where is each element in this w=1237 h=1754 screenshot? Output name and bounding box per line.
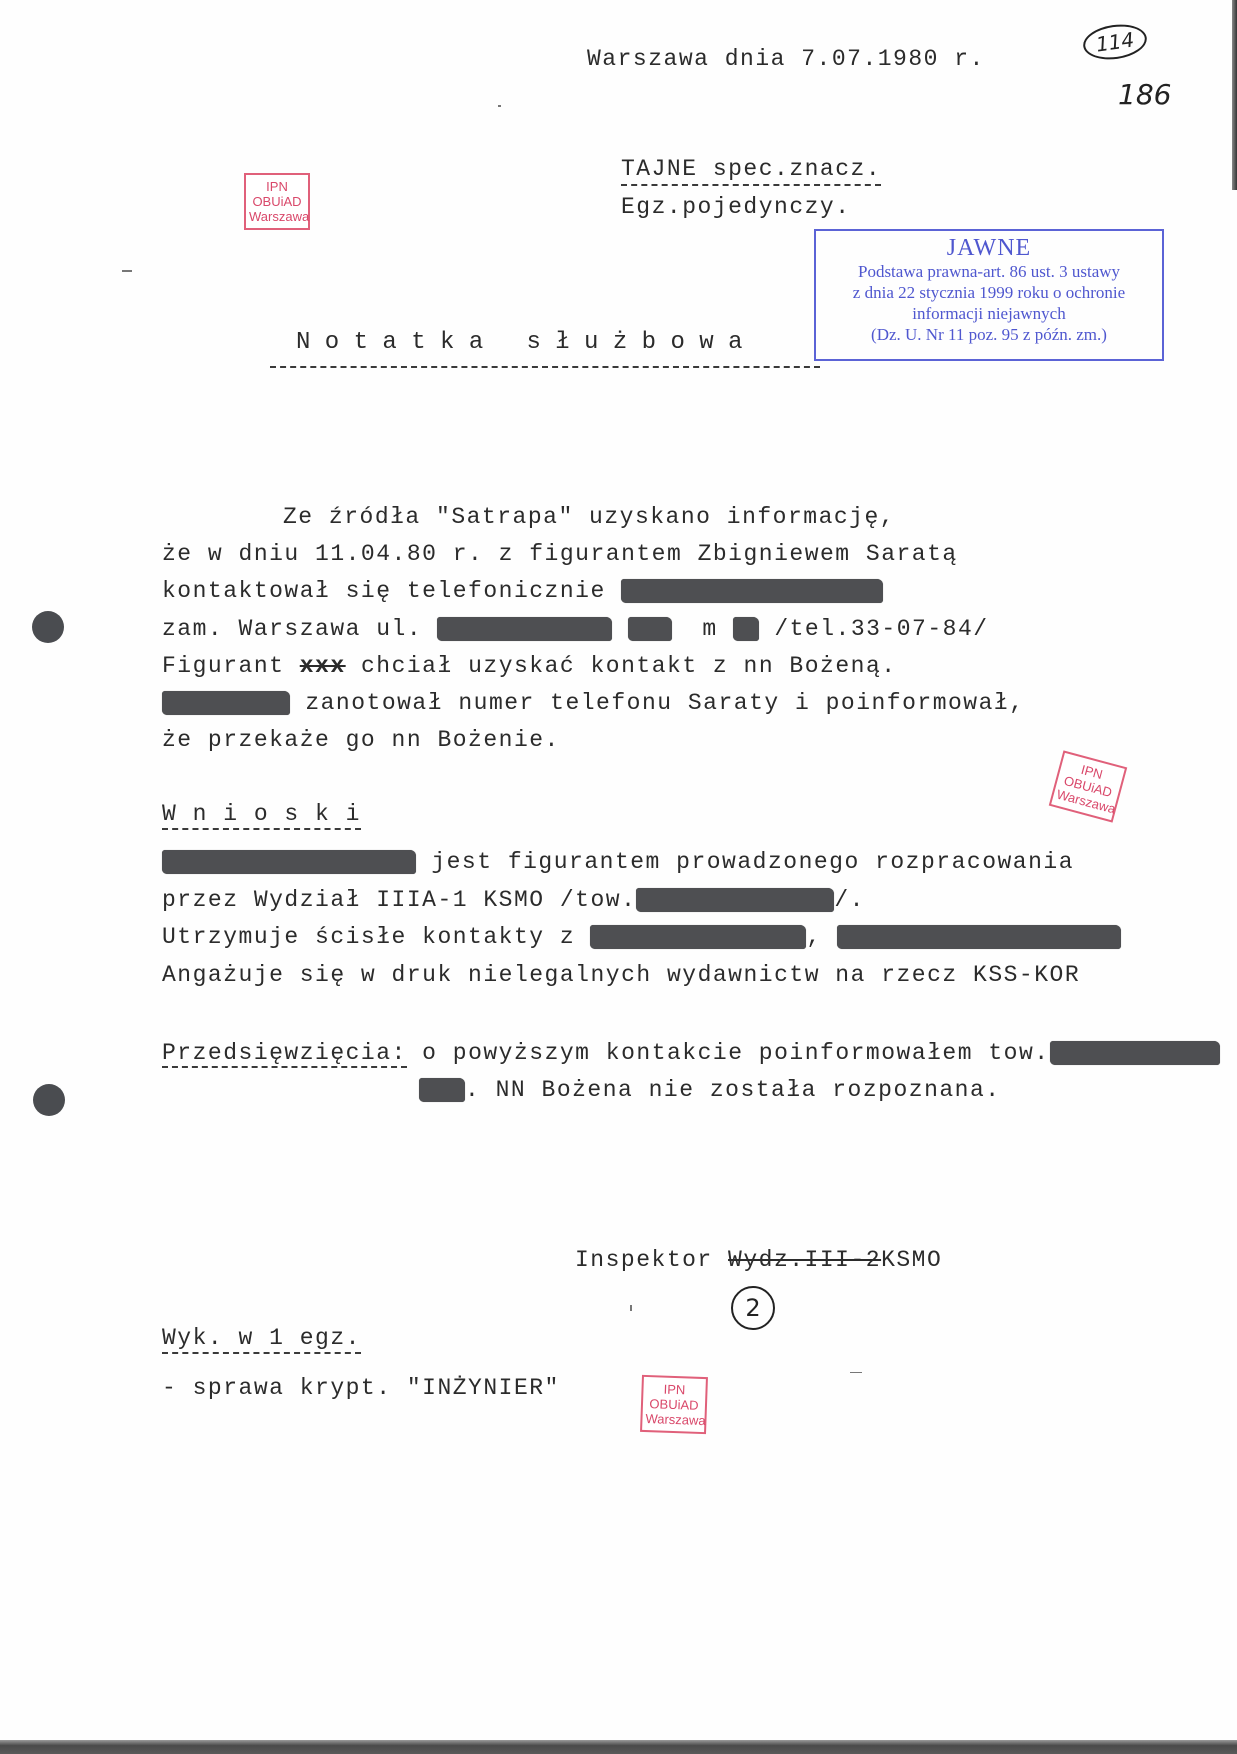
folio-circled-number: 114	[1081, 21, 1149, 64]
scan-speck	[630, 1305, 632, 1311]
distribution-item: - sprawa krypt. "INŻYNIER"	[162, 1373, 560, 1403]
text: Utrzymuje ścisłe kontakty z	[162, 924, 575, 950]
redaction	[628, 617, 672, 641]
body-line-1: Ze źródła "Satrapa" uzyskano informację,	[283, 502, 895, 532]
body-line-7: że przekaże go nn Bożenie.	[162, 725, 560, 755]
archive-stamp-2: IPN OBUiAD Warszawa	[1049, 750, 1128, 822]
stamp-line: Warszawa	[249, 209, 305, 224]
redaction	[419, 1078, 465, 1102]
text: ,	[806, 924, 821, 950]
redaction	[1050, 1041, 1220, 1065]
stamp-line: Warszawa	[645, 1411, 701, 1428]
redaction	[621, 579, 883, 603]
measures-line-1: Przedsięwzięcia: o powyższym kontakcie p…	[162, 1038, 1220, 1068]
scan-edge-bottom	[0, 1740, 1237, 1754]
stamp-title: JAWNE	[816, 235, 1162, 261]
scan-speck	[498, 105, 501, 107]
punch-hole-bottom	[33, 1084, 65, 1116]
struck-text: xxx	[300, 653, 346, 679]
signature-line: Inspektor Wydz.III-2KSMO	[575, 1247, 942, 1273]
conclusions-line-1: jest figurantem prowadzonego rozpracowan…	[162, 847, 1074, 877]
conclusions-line-3: Utrzymuje ścisłe kontakty z ,	[162, 922, 1121, 952]
text: /tel.33-07-84/	[774, 616, 988, 642]
scan-speck	[122, 270, 132, 272]
text: zanotował numer telefonu Saraty i poinfo…	[305, 690, 1024, 716]
stamp-line: OBUiAD	[249, 194, 305, 209]
signature-role: Inspektor	[575, 1247, 713, 1273]
stamp-line: Podstawa prawna-art. 86 ust. 3 ustawy	[816, 261, 1162, 282]
scan-edge-right	[1232, 0, 1237, 190]
text: kontaktował się telefonicznie	[162, 578, 606, 604]
classification: TAJNE spec.znacz.	[621, 156, 881, 186]
document-title: N o t a t k a s ł u ż b o w a	[296, 329, 742, 356]
text: przez Wydział IIIA-1 KSMO /tow.	[162, 887, 636, 913]
text: jest figurantem prowadzonego rozpracowan…	[431, 849, 1074, 875]
redaction	[437, 617, 612, 641]
text: . NN Bożena nie została rozpoznana.	[465, 1077, 1001, 1103]
struck-unit: Wydz.III-2	[728, 1247, 881, 1273]
body-line-2: że w dniu 11.04.80 r. z figurantem Zbign…	[162, 539, 958, 569]
stamp-line: (Dz. U. Nr 11 poz. 95 z późn. zm.)	[816, 324, 1162, 345]
text: /.	[834, 887, 865, 913]
conclusions-line-4: Angażuje się w druk nielegalnych wydawni…	[162, 960, 1080, 990]
stamp-line: z dnia 22 stycznia 1999 roku o ochronie	[816, 282, 1162, 303]
body-line-5: Figurant xxx chciał uzyskać kontakt z nn…	[162, 651, 897, 681]
circled-number: 2	[731, 1286, 775, 1330]
signature-unit: KSMO	[881, 1247, 942, 1273]
stamp-line: IPN	[249, 179, 305, 194]
body-line-6: zanotował numer telefonu Saraty i poinfo…	[162, 688, 1025, 718]
redaction	[162, 850, 416, 874]
conclusions-heading: W n i o s k i	[162, 800, 361, 830]
redaction	[590, 925, 806, 949]
stamp-line: informacji niejawnych	[816, 303, 1162, 324]
text: Figurant	[162, 653, 284, 679]
place-date: Warszawa dnia 7.07.1980 r.	[587, 46, 985, 72]
measures-line-2: . NN Bożena nie została rozpoznana.	[419, 1075, 1001, 1105]
redaction	[837, 925, 1121, 949]
text: chciał uzyskać kontakt z nn Bożeną.	[361, 653, 897, 679]
redaction	[162, 691, 290, 715]
body-line-4: zam. Warszawa ul. m /tel.33-07-84/	[162, 614, 989, 644]
text: zam. Warszawa ul.	[162, 616, 422, 642]
archive-stamp-1: IPN OBUiAD Warszawa	[244, 173, 310, 230]
measures-heading: Przedsięwzięcia:	[162, 1040, 407, 1068]
text: m	[702, 616, 717, 642]
text: o powyższym kontakcie poinformowałem tow…	[422, 1040, 1049, 1066]
scan-speck	[850, 1372, 862, 1373]
document-page: 114 186 Warszawa dnia 7.07.1980 r. TAJNE…	[0, 0, 1237, 1754]
punch-hole-top	[32, 611, 64, 643]
archive-stamp-3: IPN OBUiAD Warszawa	[640, 1375, 708, 1434]
copy-note: Egz.pojedynczy.	[621, 194, 851, 220]
title-underline	[270, 366, 820, 368]
conclusions-line-2: przez Wydział IIIA-1 KSMO /tow./.	[162, 885, 865, 915]
redaction	[733, 617, 759, 641]
redaction	[636, 888, 834, 912]
body-line-3: kontaktował się telefonicznie	[162, 576, 883, 606]
distribution-heading: Wyk. w 1 egz.	[162, 1324, 361, 1354]
folio-number: 186	[1118, 78, 1171, 111]
declassification-stamp: JAWNE Podstawa prawna-art. 86 ust. 3 ust…	[814, 229, 1164, 361]
